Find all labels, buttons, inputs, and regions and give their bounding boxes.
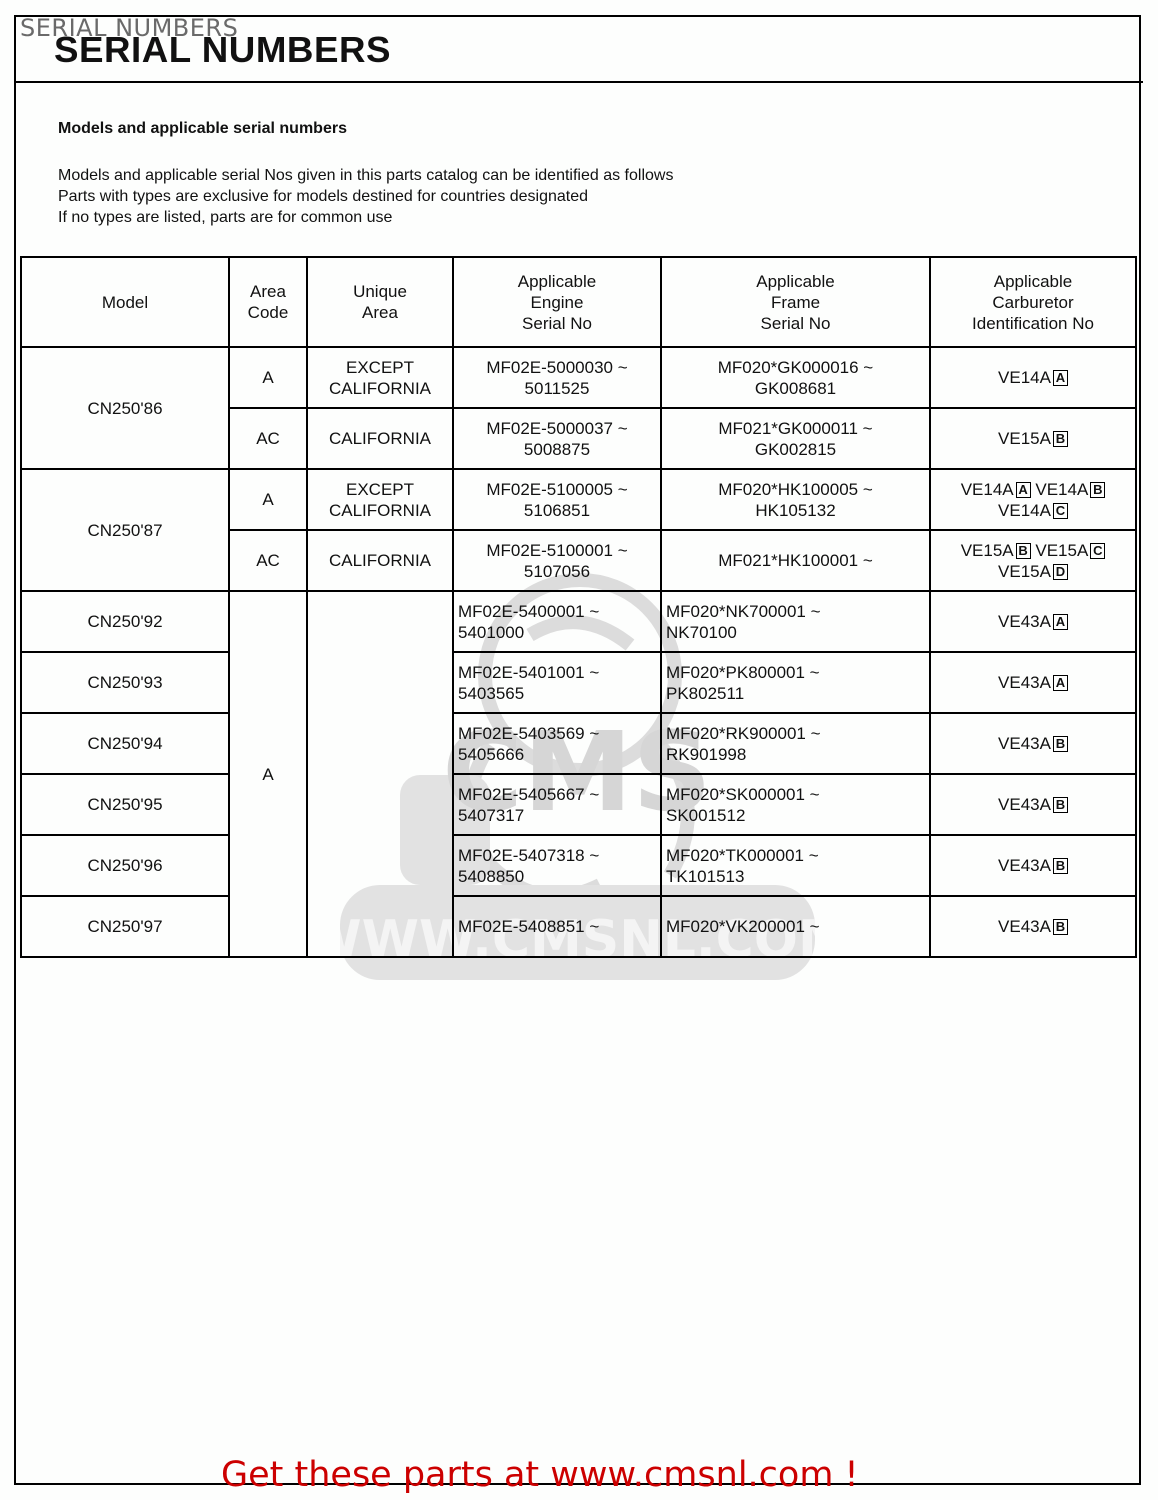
type-badge-icon: D bbox=[1053, 564, 1068, 580]
carburetor-id-cell: VE14AA VE14ABVE14AC bbox=[930, 469, 1136, 530]
table-row: CN250'95MF02E-5405667 ~5407317MF020*SK00… bbox=[21, 774, 1136, 835]
type-badge-icon: A bbox=[1053, 675, 1068, 691]
frame-serial-cell: MF020*NK700001 ~NK70100 bbox=[661, 591, 930, 652]
model-cell: CN250'93 bbox=[21, 652, 229, 713]
engine-serial-cell: MF02E-5407318 ~5408850 bbox=[453, 835, 661, 896]
engine-serial-cell: MF02E-5405667 ~5407317 bbox=[453, 774, 661, 835]
table-row: CN250'97MF02E-5408851 ~MF020*VK200001 ~V… bbox=[21, 896, 1136, 957]
area-code-cell: A bbox=[229, 469, 307, 530]
carb-code: VE14A bbox=[998, 368, 1051, 387]
carb-code: VE14A bbox=[1035, 480, 1088, 499]
type-badge-icon: B bbox=[1053, 919, 1068, 935]
carb-code: VE43A bbox=[998, 917, 1051, 936]
table-row: CN250'92AMF02E-5400001 ~5401000MF020*NK7… bbox=[21, 591, 1136, 652]
model-cell: CN250'95 bbox=[21, 774, 229, 835]
intro-line: Models and applicable serial Nos given i… bbox=[58, 165, 673, 186]
frame-serial-cell: MF021*GK000011 ~GK002815 bbox=[661, 408, 930, 469]
frame-serial-cell: MF020*PK800001 ~PK802511 bbox=[661, 652, 930, 713]
area-code-cell: AC bbox=[229, 408, 307, 469]
type-badge-icon: A bbox=[1016, 482, 1031, 498]
unique-area-cell bbox=[307, 591, 453, 957]
intro-line: Parts with types are exclusive for model… bbox=[58, 186, 673, 207]
type-badge-icon: B bbox=[1053, 858, 1068, 874]
carburetor-id-cell: VE43AB bbox=[930, 713, 1136, 774]
carb-code: VE15A bbox=[1035, 541, 1088, 560]
carb-code: VE43A bbox=[998, 612, 1051, 631]
unique-area-cell: EXCEPTCALIFORNIA bbox=[307, 469, 453, 530]
type-badge-icon: A bbox=[1053, 370, 1068, 386]
table-row: CN250'86AEXCEPTCALIFORNIAMF02E-5000030 ~… bbox=[21, 347, 1136, 408]
frame-serial-cell: MF020*GK000016 ~GK008681 bbox=[661, 347, 930, 408]
model-cell: CN250'97 bbox=[21, 896, 229, 957]
carb-code: VE15A bbox=[998, 562, 1051, 581]
engine-serial-cell: MF02E-5000030 ~5011525 bbox=[453, 347, 661, 408]
serial-numbers-table: Model AreaCode UniqueArea ApplicableEngi… bbox=[20, 256, 1137, 958]
engine-serial-cell: MF02E-5100005 ~5106851 bbox=[453, 469, 661, 530]
area-code-cell: AC bbox=[229, 530, 307, 591]
engine-serial-cell: MF02E-5000037 ~5008875 bbox=[453, 408, 661, 469]
engine-serial-cell: MF02E-5100001 ~5107056 bbox=[453, 530, 661, 591]
model-cell: CN250'94 bbox=[21, 713, 229, 774]
header-area-code: AreaCode bbox=[229, 257, 307, 347]
model-cell: CN250'87 bbox=[21, 469, 229, 591]
header-engine-serial: ApplicableEngineSerial No bbox=[453, 257, 661, 347]
table-row: CN250'87AEXCEPTCALIFORNIAMF02E-5100005 ~… bbox=[21, 469, 1136, 530]
type-badge-icon: C bbox=[1053, 503, 1068, 519]
carb-code: VE43A bbox=[998, 856, 1051, 875]
intro-heading: Models and applicable serial numbers bbox=[58, 120, 347, 138]
header-model: Model bbox=[21, 257, 229, 347]
engine-serial-cell: MF02E-5400001 ~5401000 bbox=[453, 591, 661, 652]
table-row: CN250'94MF02E-5403569 ~5405666MF020*RK90… bbox=[21, 713, 1136, 774]
carb-code: VE15A bbox=[998, 429, 1051, 448]
frame-serial-cell: MF021*HK100001 ~ bbox=[661, 530, 930, 591]
table-header-row: Model AreaCode UniqueArea ApplicableEngi… bbox=[21, 257, 1136, 347]
frame-serial-cell: MF020*VK200001 ~ bbox=[661, 896, 930, 957]
engine-serial-cell: MF02E-5401001 ~5403565 bbox=[453, 652, 661, 713]
type-badge-icon: B bbox=[1053, 431, 1068, 447]
carburetor-id-cell: VE43AA bbox=[930, 591, 1136, 652]
header-unique-area: UniqueArea bbox=[307, 257, 453, 347]
engine-serial-cell: MF02E-5408851 ~ bbox=[453, 896, 661, 957]
type-badge-icon: B bbox=[1053, 797, 1068, 813]
intro-text: Models and applicable serial Nos given i… bbox=[58, 165, 673, 228]
carburetor-id-cell: VE43AA bbox=[930, 652, 1136, 713]
type-badge-icon: C bbox=[1090, 543, 1105, 559]
area-code-cell: A bbox=[229, 347, 307, 408]
header-carburetor-id: ApplicableCarburetorIdentification No bbox=[930, 257, 1136, 347]
type-badge-icon: B bbox=[1090, 482, 1105, 498]
carb-code: VE14A bbox=[998, 501, 1051, 520]
model-cell: CN250'86 bbox=[21, 347, 229, 469]
area-code-cell: A bbox=[229, 591, 307, 957]
type-badge-icon: A bbox=[1053, 614, 1068, 630]
table-row: CN250'96MF02E-5407318 ~5408850MF020*TK00… bbox=[21, 835, 1136, 896]
frame-serial-cell: MF020*HK100005 ~HK105132 bbox=[661, 469, 930, 530]
frame-serial-cell: MF020*TK000001 ~TK101513 bbox=[661, 835, 930, 896]
carb-code: VE14A bbox=[961, 480, 1014, 499]
carburetor-id-cell: VE14AA bbox=[930, 347, 1136, 408]
carburetor-id-cell: VE43AB bbox=[930, 896, 1136, 957]
carburetor-id-cell: VE15AB VE15ACVE15AD bbox=[930, 530, 1136, 591]
carburetor-id-cell: VE43AB bbox=[930, 835, 1136, 896]
type-badge-icon: B bbox=[1016, 543, 1031, 559]
frame-serial-cell: MF020*SK000001 ~SK001512 bbox=[661, 774, 930, 835]
type-badge-icon: B bbox=[1053, 736, 1068, 752]
model-cell: CN250'96 bbox=[21, 835, 229, 896]
carb-code: VE43A bbox=[998, 795, 1051, 814]
unique-area-cell: CALIFORNIA bbox=[307, 530, 453, 591]
carb-code: VE43A bbox=[998, 734, 1051, 753]
carb-code: VE43A bbox=[998, 673, 1051, 692]
engine-serial-cell: MF02E-5403569 ~5405666 bbox=[453, 713, 661, 774]
cmsnl-parts-link[interactable]: Get these parts at www.cmsnl.com ! bbox=[221, 1455, 859, 1495]
header-frame-serial: ApplicableFrameSerial No bbox=[661, 257, 930, 347]
unique-area-cell: CALIFORNIA bbox=[307, 408, 453, 469]
intro-line: If no types are listed, parts are for co… bbox=[58, 207, 673, 228]
frame-serial-cell: MF020*RK900001 ~RK901998 bbox=[661, 713, 930, 774]
carburetor-id-cell: VE15AB bbox=[930, 408, 1136, 469]
unique-area-cell: EXCEPTCALIFORNIA bbox=[307, 347, 453, 408]
table-row: CN250'93MF02E-5401001 ~5403565MF020*PK80… bbox=[21, 652, 1136, 713]
carburetor-id-cell: VE43AB bbox=[930, 774, 1136, 835]
model-cell: CN250'92 bbox=[21, 591, 229, 652]
overlay-title: SERIAL NUMBERS bbox=[20, 14, 238, 42]
carb-code: VE15A bbox=[961, 541, 1014, 560]
